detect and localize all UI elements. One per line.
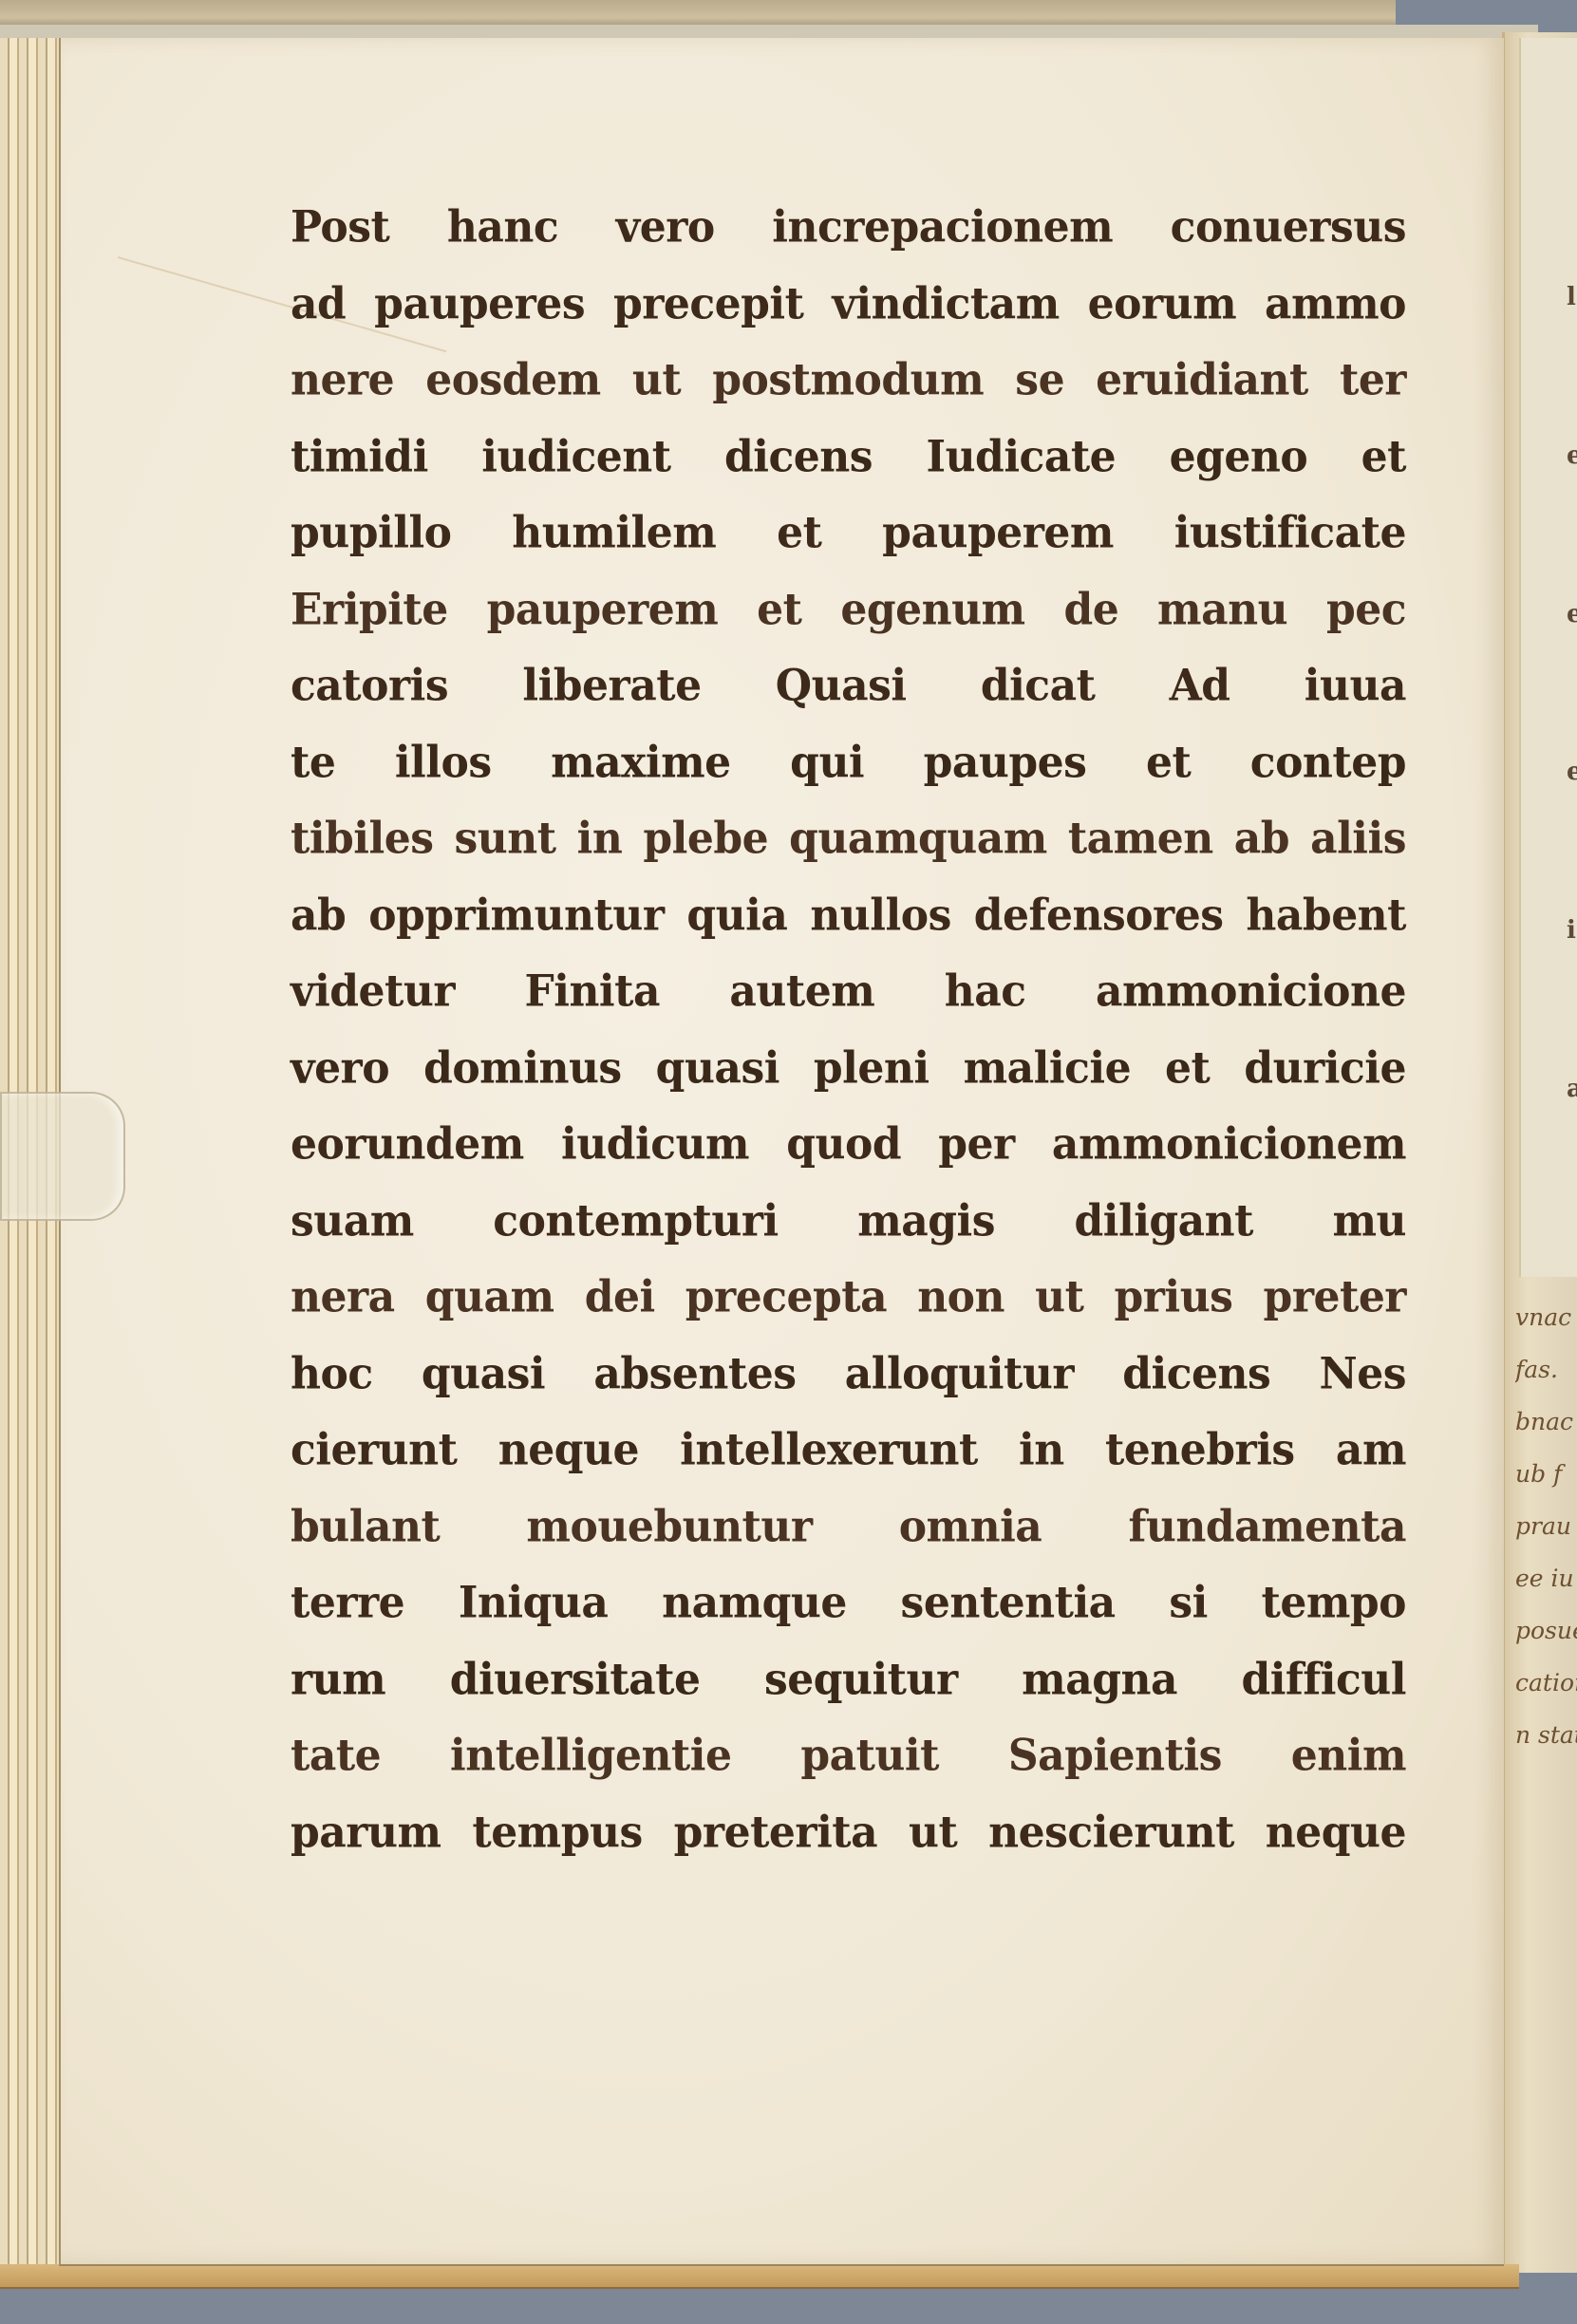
margin-line: catione (1515, 1657, 1577, 1709)
text-line: vero dominus quasi pleni malicie et duri… (291, 1028, 1406, 1109)
text-line: pupillo humilem et pauperem iustificate (291, 494, 1406, 574)
right-leaf-glyph-column: l e e e i a (1567, 218, 1577, 1168)
margin-line: prau (1515, 1500, 1577, 1552)
text-line: terre Iniqua namque sententia si tempo (291, 1564, 1406, 1644)
margin-line: ub f (1515, 1448, 1577, 1500)
text-line: cierunt neque intellexerunt in tenebris … (291, 1411, 1406, 1491)
leaf-glyph: e (1567, 441, 1577, 470)
text-line: te illos maxime qui paupes et contep (291, 722, 1406, 803)
main-text-block: Post hanc vero increpacionem conuersus a… (291, 190, 1406, 1871)
page-clip-tab (0, 1092, 125, 1221)
margin-line: fas. (1515, 1343, 1577, 1396)
text-line: catoris liberate Quasi dicat Ad iuua (291, 647, 1406, 727)
margin-line: posue (1515, 1604, 1577, 1657)
text-line: tibiles sunt in plebe quamquam tamen ab … (291, 799, 1406, 880)
leaf-glyph: l (1567, 283, 1577, 311)
text-line: hoc quasi absentes alloquitur dicens Nes (291, 1334, 1406, 1415)
margin-line: n statu (1515, 1709, 1577, 1761)
text-line: timidi iudicent dicens Iudicate egeno et (291, 417, 1406, 497)
leaf-glyph: e (1567, 600, 1577, 628)
text-line: rum diuersitate sequitur magna difficul (291, 1640, 1406, 1720)
margin-line: vnac (1515, 1291, 1577, 1343)
book-bottom-edge (0, 2264, 1519, 2289)
margin-line: bnac (1515, 1396, 1577, 1448)
text-line: Post hanc vero increpacionem conuersus (291, 188, 1406, 269)
text-line: tate intelligentie patuit Sapientis enim (291, 1716, 1406, 1797)
leaf-glyph: e (1567, 758, 1577, 786)
text-line: videtur Finita autem hac ammonicione (291, 952, 1406, 1033)
text-line: nere eosdem ut postmodum se eruidiant te… (291, 341, 1406, 422)
right-margin-fragment: vnac fas. bnac ub f prau ee iu posue cat… (1515, 1291, 1577, 1761)
text-line: eorundem iudicum quod per ammonicionem (291, 1105, 1406, 1186)
text-line: suam contempturi magis diligant mu (291, 1181, 1406, 1262)
leaf-glyph: i (1567, 916, 1577, 945)
text-line: ad pauperes precepit vindictam eorum amm… (291, 264, 1406, 345)
text-line: Eripite pauperem et egenum de manu pec (291, 570, 1406, 650)
margin-line: ee iu (1515, 1552, 1577, 1604)
leaf-glyph: a (1567, 1075, 1577, 1103)
text-line: ab opprimuntur quia nullos defensores ha… (291, 875, 1406, 956)
text-line: bulant mouebuntur omnia fundamenta (291, 1487, 1406, 1567)
text-line: parum tempus preterita ut nescierunt neq… (291, 1792, 1406, 1873)
text-line: nera quam dei precepta non ut prius pret… (291, 1258, 1406, 1339)
